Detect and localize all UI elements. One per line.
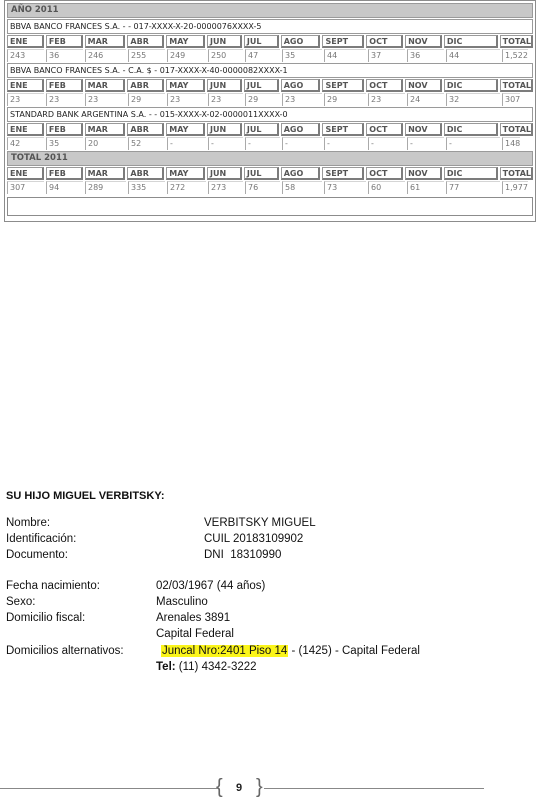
month-header-cell: MAY: [166, 167, 205, 180]
value-cell: 289: [85, 181, 126, 194]
accounts-list: BBVA BANCO FRANCES S.A. - - 017-XXXX-X-2…: [7, 19, 533, 150]
page-number-box: { 9 }: [216, 777, 266, 799]
value-cell: 273: [208, 181, 243, 194]
month-header-cell: SEPT: [322, 167, 364, 180]
value-cell: 29: [128, 93, 165, 106]
month-header-cell: OCT: [366, 35, 403, 48]
left-bracket-icon: {: [216, 777, 223, 797]
value-cell: 73: [324, 181, 366, 194]
value-cell: -: [208, 137, 243, 150]
month-header-cell: NOV: [405, 79, 442, 92]
value-cell: 23: [208, 93, 243, 106]
month-header-cell: OCT: [366, 167, 403, 180]
value-cell: 47: [245, 49, 280, 62]
value-cell: 23: [282, 93, 322, 106]
month-header-cell: SEPT: [322, 123, 364, 136]
month-header-cell: NOV: [405, 35, 442, 48]
value-cell: 29: [245, 93, 280, 106]
values-row: 243362462552492504735443736441,522: [7, 49, 533, 62]
value-cell: 255: [128, 49, 165, 62]
value-cell: 250: [208, 49, 243, 62]
month-header-cell: ENE: [7, 123, 44, 136]
bank-report-table: AÑO 2011 BBVA BANCO FRANCES S.A. - - 017…: [4, 0, 536, 222]
value-cell: 29: [324, 93, 366, 106]
account-label: BBVA BANCO FRANCES S.A. - - 017-XXXX-X-2…: [7, 19, 533, 34]
month-header-cell: FEB: [46, 35, 83, 48]
value-cell: 94: [46, 181, 83, 194]
identificacion-label: Identificación:: [6, 533, 76, 545]
month-header-cell: MAR: [85, 79, 126, 92]
month-header-cell: ENE: [7, 167, 44, 180]
value-cell: 20: [85, 137, 126, 150]
month-header-cell: JUN: [207, 35, 242, 48]
month-header-row: ENEFEBMARABRMAYJUNJULAGOSEPTOCTNOVDICTOT…: [7, 79, 533, 92]
month-header-cell: ABR: [127, 79, 164, 92]
value-cell: 52: [128, 137, 165, 150]
month-header-cell: MAR: [85, 167, 126, 180]
value-cell: 44: [446, 49, 500, 62]
month-header-cell: AGO: [281, 79, 321, 92]
value-cell: 243: [7, 49, 44, 62]
value-cell: 23: [368, 93, 405, 106]
value-cell: 35: [282, 49, 322, 62]
value-cell: 1,522: [502, 49, 528, 62]
value-cell: -: [324, 137, 366, 150]
value-cell: 307: [7, 181, 44, 194]
month-header-cell: JUL: [244, 79, 279, 92]
month-header-row: ENEFEBMARABRMAYJUNJULAGOSEPTOCTNOVDICTOT…: [7, 35, 533, 48]
footer-rule-left: [0, 788, 218, 789]
documento-label: Documento:: [6, 549, 68, 561]
sexo-value: Masculino: [156, 596, 208, 608]
value-cell: -: [407, 137, 444, 150]
month-header-cell: FEB: [46, 79, 83, 92]
month-header-cell: JUN: [207, 79, 242, 92]
month-header-cell: ABR: [127, 123, 164, 136]
month-header-cell: JUL: [244, 123, 279, 136]
month-header-cell: JUN: [207, 123, 242, 136]
value-cell: -: [245, 137, 280, 150]
values-row: 232323292323292329232432307: [7, 93, 533, 106]
documento-value: DNI 18310990: [204, 549, 281, 561]
value-cell: 60: [368, 181, 405, 194]
month-header-cell: SEPT: [322, 79, 364, 92]
value-cell: 61: [407, 181, 444, 194]
month-header-cell: FEB: [46, 123, 83, 136]
value-cell: 36: [407, 49, 444, 62]
month-header-cell: AGO: [281, 35, 321, 48]
domicilio-fiscal-value: Arenales 3891: [156, 612, 230, 624]
month-header-cell: JUL: [244, 35, 279, 48]
value-cell: 42: [7, 137, 44, 150]
month-header-cell: SEPT: [322, 35, 364, 48]
total-block: ENEFEBMARABRMAYJUNJULAGOSEPTOCTNOVDICTOT…: [7, 167, 533, 194]
month-header-cell: DIC: [444, 123, 498, 136]
month-header-cell: ABR: [127, 167, 164, 180]
month-header-cell: MAR: [85, 123, 126, 136]
fecha-value: 02/03/1967 (44 años): [156, 580, 265, 592]
month-header-cell: MAY: [166, 123, 205, 136]
total-header: TOTAL 2011: [7, 151, 533, 166]
account-label: BBVA BANCO FRANCES S.A. - C.A. $ - 017-X…: [7, 63, 533, 78]
month-header-cell: DIC: [444, 167, 498, 180]
value-cell: 23: [167, 93, 206, 106]
section-title: SU HIJO MIGUEL VERBITSKY:: [6, 490, 165, 502]
month-header-cell: AGO: [281, 123, 321, 136]
tel-value: Tel: (11) 4342-3222: [156, 661, 257, 673]
month-header-cell: NOV: [405, 123, 442, 136]
value-cell: 23: [85, 93, 126, 106]
value-cell: 335: [128, 181, 165, 194]
month-header-cell: JUN: [207, 167, 242, 180]
month-header-row: ENEFEBMARABRMAYJUNJULAGOSEPTOCTNOVDICTOT…: [7, 123, 533, 136]
address-rest: - (1425) - Capital Federal: [288, 645, 420, 657]
values-row: 307942893352722737658736061771,977: [7, 181, 533, 194]
domicilio-alt-value: Juncal Nro:2401 Piso 14 - (1425) - Capit…: [161, 645, 420, 657]
month-header-cell: ENE: [7, 35, 44, 48]
identificacion-value: CUIL 20183109902: [204, 533, 303, 545]
value-cell: -: [282, 137, 322, 150]
fecha-label: Fecha nacimiento:: [6, 580, 100, 592]
month-header-cell: AGO: [281, 167, 321, 180]
highlighted-address: Juncal Nro:2401 Piso 14: [161, 645, 288, 657]
month-header-cell: FEB: [46, 167, 83, 180]
year-header: AÑO 2011: [7, 3, 533, 18]
value-cell: 37: [368, 49, 405, 62]
value-cell: -: [167, 137, 206, 150]
value-cell: 35: [46, 137, 83, 150]
month-header-row: ENEFEBMARABRMAYJUNJULAGOSEPTOCTNOVDICTOT…: [7, 167, 533, 180]
month-header-cell: MAY: [166, 79, 205, 92]
value-cell: 32: [446, 93, 500, 106]
value-cell: 76: [245, 181, 280, 194]
empty-box: [7, 197, 533, 216]
domicilios-alt-label: Domicilios alternativos:: [6, 645, 124, 657]
tel-number: (11) 4342-3222: [176, 661, 257, 673]
nombre-label: Nombre:: [6, 517, 50, 529]
month-header-cell: MAR: [85, 35, 126, 48]
footer-rule-right: [264, 788, 484, 789]
month-header-cell: OCT: [366, 123, 403, 136]
month-header-cell: MAY: [166, 35, 205, 48]
month-header-cell: NOV: [405, 167, 442, 180]
page-number: 9: [236, 782, 242, 794]
value-cell: 1,977: [502, 181, 528, 194]
month-header-cell: TOTAL: [500, 35, 533, 48]
value-cell: 24: [407, 93, 444, 106]
nombre-value: VERBITSKY MIGUEL: [204, 517, 316, 529]
right-bracket-icon: }: [256, 777, 263, 797]
value-cell: 44: [324, 49, 366, 62]
values-row: 42352052--------148: [7, 137, 533, 150]
value-cell: 58: [282, 181, 322, 194]
month-header-cell: DIC: [444, 79, 498, 92]
month-header-cell: JUL: [244, 167, 279, 180]
month-header-cell: TOTAL: [500, 123, 533, 136]
month-header-cell: ABR: [127, 35, 164, 48]
month-header-cell: OCT: [366, 79, 403, 92]
domicilio-fiscal-city: Capital Federal: [156, 628, 234, 640]
value-cell: 307: [502, 93, 520, 106]
value-cell: 36: [46, 49, 83, 62]
value-cell: 246: [85, 49, 126, 62]
month-header-cell: TOTAL: [500, 167, 533, 180]
month-header-cell: ENE: [7, 79, 44, 92]
sexo-label: Sexo:: [6, 596, 35, 608]
month-header-cell: DIC: [444, 35, 498, 48]
account-label: STANDARD BANK ARGENTINA S.A. - - 015-XXX…: [7, 107, 533, 122]
month-header-cell: TOTAL: [500, 79, 533, 92]
value-cell: -: [368, 137, 405, 150]
value-cell: 23: [46, 93, 83, 106]
value-cell: -: [446, 137, 500, 150]
value-cell: 249: [167, 49, 206, 62]
value-cell: 148: [502, 137, 520, 150]
domicilio-fiscal-label: Domicilio fiscal:: [6, 612, 85, 624]
value-cell: 272: [167, 181, 206, 194]
value-cell: 23: [7, 93, 44, 106]
tel-label: Tel:: [156, 661, 176, 673]
value-cell: 77: [446, 181, 500, 194]
